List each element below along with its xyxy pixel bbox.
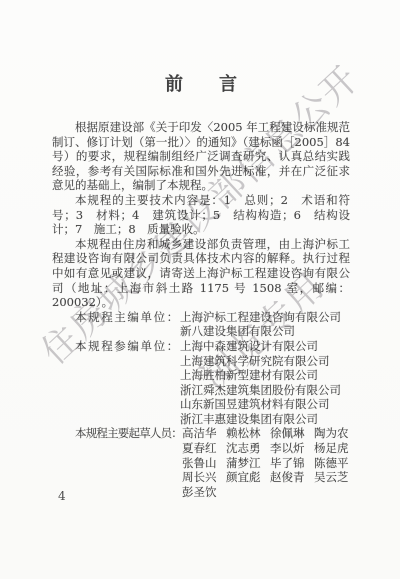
drafter-name: 赖松林	[226, 426, 262, 441]
chief-editor-orgs: 上海沪标工程建设咨询有限公司 新八建设集团有限公司	[180, 310, 350, 339]
org-item: 浙江丰惠建设集团有限公司	[180, 412, 350, 427]
org-item: 上海沪标工程建设咨询有限公司	[180, 310, 350, 325]
chief-editor-label: 本规程主编单位：	[52, 310, 180, 325]
drafter-name: 徐佩琳	[270, 426, 306, 441]
drafter-name: 杨足虎	[314, 441, 350, 456]
drafter-name: 夏春红	[182, 441, 218, 456]
drafters-section: 本规程主要起草人员： 高洁华 赖松林 徐佩琳 陶为农 夏春红 沈志勇 李以炘 杨…	[52, 426, 350, 499]
drafters-names: 高洁华 赖松林 徐佩琳 陶为农 夏春红 沈志勇 李以炘 杨足虎 张鲁山 蒲梦江 …	[182, 426, 350, 499]
participating-label: 本规程参编单位：	[52, 339, 180, 354]
org-item: 上海胜柏新型建材有限公司	[180, 368, 350, 383]
drafter-name: 吴云芝	[314, 470, 350, 485]
drafter-name: 蒲梦江	[226, 456, 262, 471]
participating-orgs: 上海中森建筑设计有限公司 上海建筑科学研究院有限公司 上海胜柏新型建材有限公司 …	[180, 339, 350, 427]
drafter-name: 李以炘	[270, 441, 306, 456]
page-number: 4	[58, 489, 66, 503]
chief-editor-section: 本规程主编单位： 上海沪标工程建设咨询有限公司 新八建设集团有限公司	[52, 310, 350, 339]
drafter-name: 彭圣饮	[182, 485, 218, 500]
drafter-name: 周长兴	[182, 470, 218, 485]
org-item: 山东新国昱建筑材料有限公司	[180, 397, 350, 412]
scanned-document-page: 前 言 根据原建设部《关于印发〈2005 年工程建设标准规范制订、修订计划（第一…	[0, 0, 400, 579]
foreword-content: 前 言 根据原建设部《关于印发〈2005 年工程建设标准规范制订、修订计划（第一…	[52, 70, 350, 499]
paragraph-contents: 本规程的主要技术内容是：1 总则；2 术语和符号；3 材料；4 建筑设计；5 结…	[52, 193, 350, 237]
participating-section: 本规程参编单位： 上海中森建筑设计有限公司 上海建筑科学研究院有限公司 上海胜柏…	[52, 339, 350, 427]
drafter-name: 颜宜彪	[226, 470, 262, 485]
org-item: 浙江舜杰建筑集团股份有限公司	[180, 383, 350, 398]
org-item: 上海中森建筑设计有限公司	[180, 339, 350, 354]
drafter-name: 陶为农	[314, 426, 350, 441]
drafter-name: 沈志勇	[226, 441, 262, 456]
paragraph-administration: 本规程由住房和城乡建设部负责管理，由上海沪标工程建设咨询有限公司负责具体技术内容…	[52, 237, 350, 310]
paragraph-basis: 根据原建设部《关于印发〈2005 年工程建设标准规范制订、修订计划（第一批）〉的…	[52, 120, 350, 193]
drafter-name: 张鲁山	[182, 456, 218, 471]
page-title: 前 言	[52, 70, 350, 96]
org-item: 上海建筑科学研究院有限公司	[180, 354, 350, 369]
drafter-name: 赵俊青	[270, 470, 306, 485]
drafter-name: 毕了锦	[270, 456, 306, 471]
drafters-label: 本规程主要起草人员：	[52, 426, 182, 441]
drafter-name: 高洁华	[182, 426, 218, 441]
drafter-name: 陈德平	[314, 456, 350, 471]
org-item: 新八建设集团有限公司	[180, 324, 350, 339]
